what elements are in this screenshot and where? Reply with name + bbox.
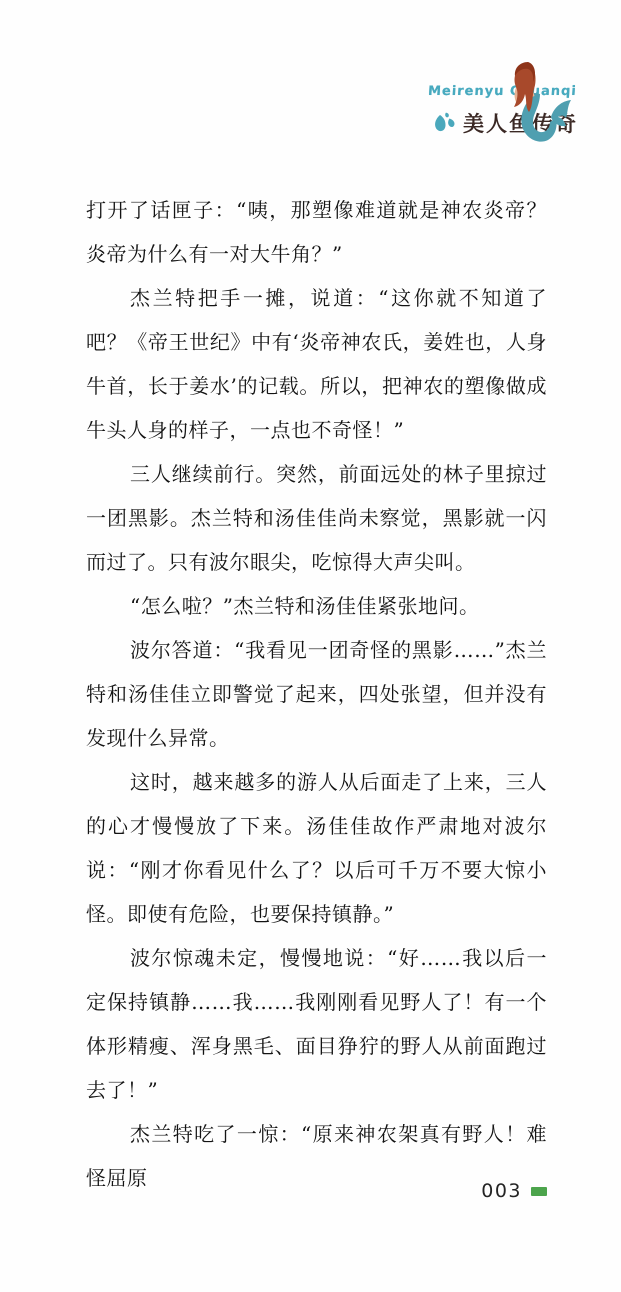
page-footer: 003 (481, 1180, 547, 1202)
page-marker-icon (531, 1187, 547, 1196)
paragraph-5: 波尔答道：“我看见一团奇怪的黑影……”杰兰特和汤佳佳立即警觉了起来，四处张望，但… (86, 628, 547, 760)
paragraph-3: 三人继续前行。突然，前面远处的林子里掠过一团黑影。杰兰特和汤佳佳尚未察觉，黑影就… (86, 452, 547, 584)
water-splash-icon (432, 111, 458, 135)
book-brand-logo: Meirenyu Chuanqi 美人鱼传奇 (420, 60, 590, 160)
paragraph-4: “怎么啦？”杰兰特和汤佳佳紧张地问。 (86, 584, 547, 628)
paragraph-2: 杰兰特把手一摊，说道：“这你就不知道了吧？《帝王世纪》中有‘炎帝神农氏，姜姓也，… (86, 276, 547, 452)
paragraph-6: 这时，越来越多的游人从后面走了上来，三人的心才慢慢放了下来。汤佳佳故作严肃地对波… (86, 760, 547, 936)
page-number: 003 (481, 1180, 522, 1202)
paragraph-7: 波尔惊魂未定，慢慢地说：“好……我以后一定保持镇静……我……我刚刚看见野人了！有… (86, 936, 547, 1112)
page-body-text: 打开了话匣子：“咦，那塑像难道就是神农炎帝？炎帝为什么有一对大牛角？” 杰兰特把… (86, 188, 547, 1200)
paragraph-1: 打开了话匣子：“咦，那塑像难道就是神农炎帝？炎帝为什么有一对大牛角？” (86, 188, 547, 276)
paragraph-8: 杰兰特吃了一惊：“原来神农架真有野人！难怪屈原 (86, 1112, 547, 1200)
book-page: Meirenyu Chuanqi 美人鱼传奇 (0, 0, 621, 1292)
mermaid-illustration (504, 60, 576, 157)
